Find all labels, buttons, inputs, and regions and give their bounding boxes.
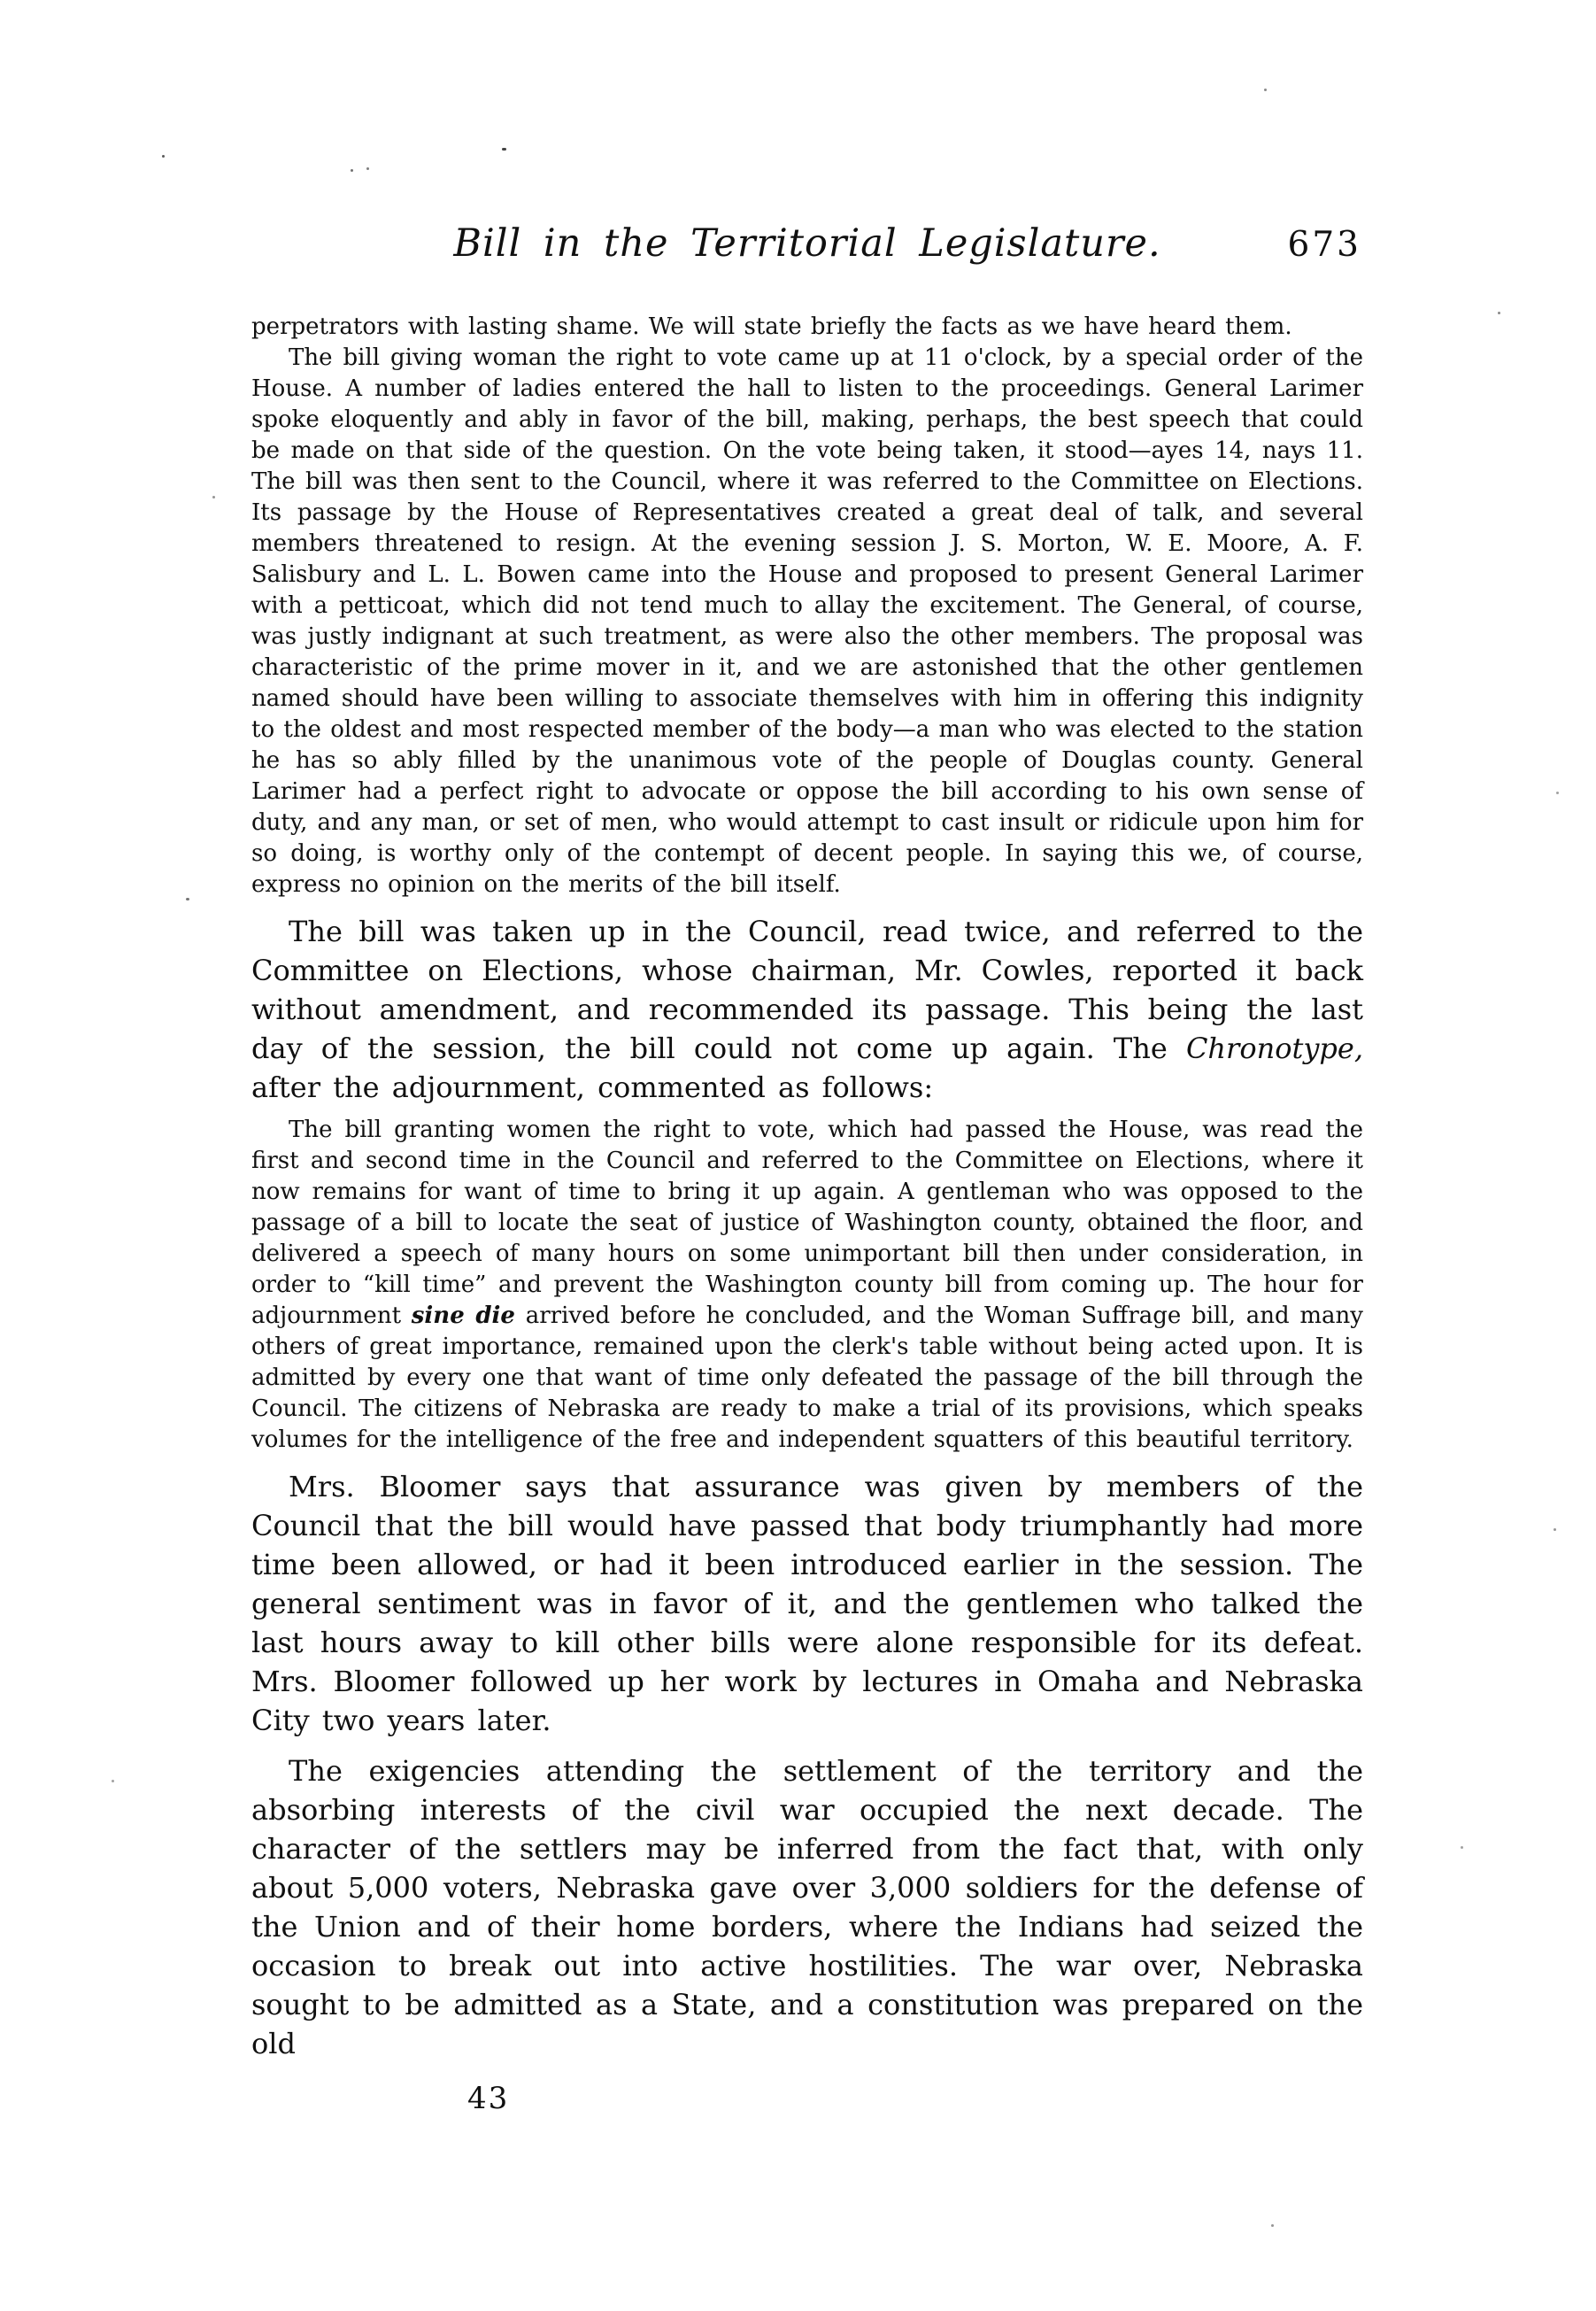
quote-paragraph: The bill giving woman the right to vote … (251, 343, 1363, 900)
scan-speck (212, 496, 215, 499)
scanned-book-page: Bill in the Territorial Legislature. 673… (0, 0, 1596, 2311)
quote-paragraph: The bill granting women the right to vot… (251, 1115, 1363, 1456)
scan-speck (1271, 2224, 1274, 2227)
scan-speck (1498, 312, 1500, 314)
signature-mark: 43 (467, 2081, 1363, 2116)
text-column: Bill in the Territorial Legislature. 673… (251, 221, 1363, 2116)
running-head: Bill in the Territorial Legislature. 673 (251, 221, 1363, 282)
scan-speck (366, 167, 369, 170)
body-paragraph: The bill was taken up in the Council, re… (251, 912, 1363, 1107)
quote-paragraph: perpetrators with lasting shame. We will… (251, 312, 1363, 343)
page-title: Bill in the Territorial Legislature. (251, 221, 1363, 266)
scan-speck (162, 155, 165, 158)
scan-speck (112, 1780, 114, 1782)
scan-speck (1461, 1846, 1463, 1849)
body-paragraph: The exigencies attending the settlement … (251, 1751, 1363, 2063)
scan-speck (502, 148, 506, 151)
scan-speck (351, 169, 353, 172)
scan-speck (1264, 89, 1267, 91)
scan-speck (1556, 792, 1559, 794)
scan-speck (1554, 1528, 1556, 1531)
body-paragraph: Mrs. Bloomer says that assurance was giv… (251, 1467, 1363, 1740)
page-number: 673 (1288, 225, 1361, 265)
scan-speck (186, 898, 189, 900)
